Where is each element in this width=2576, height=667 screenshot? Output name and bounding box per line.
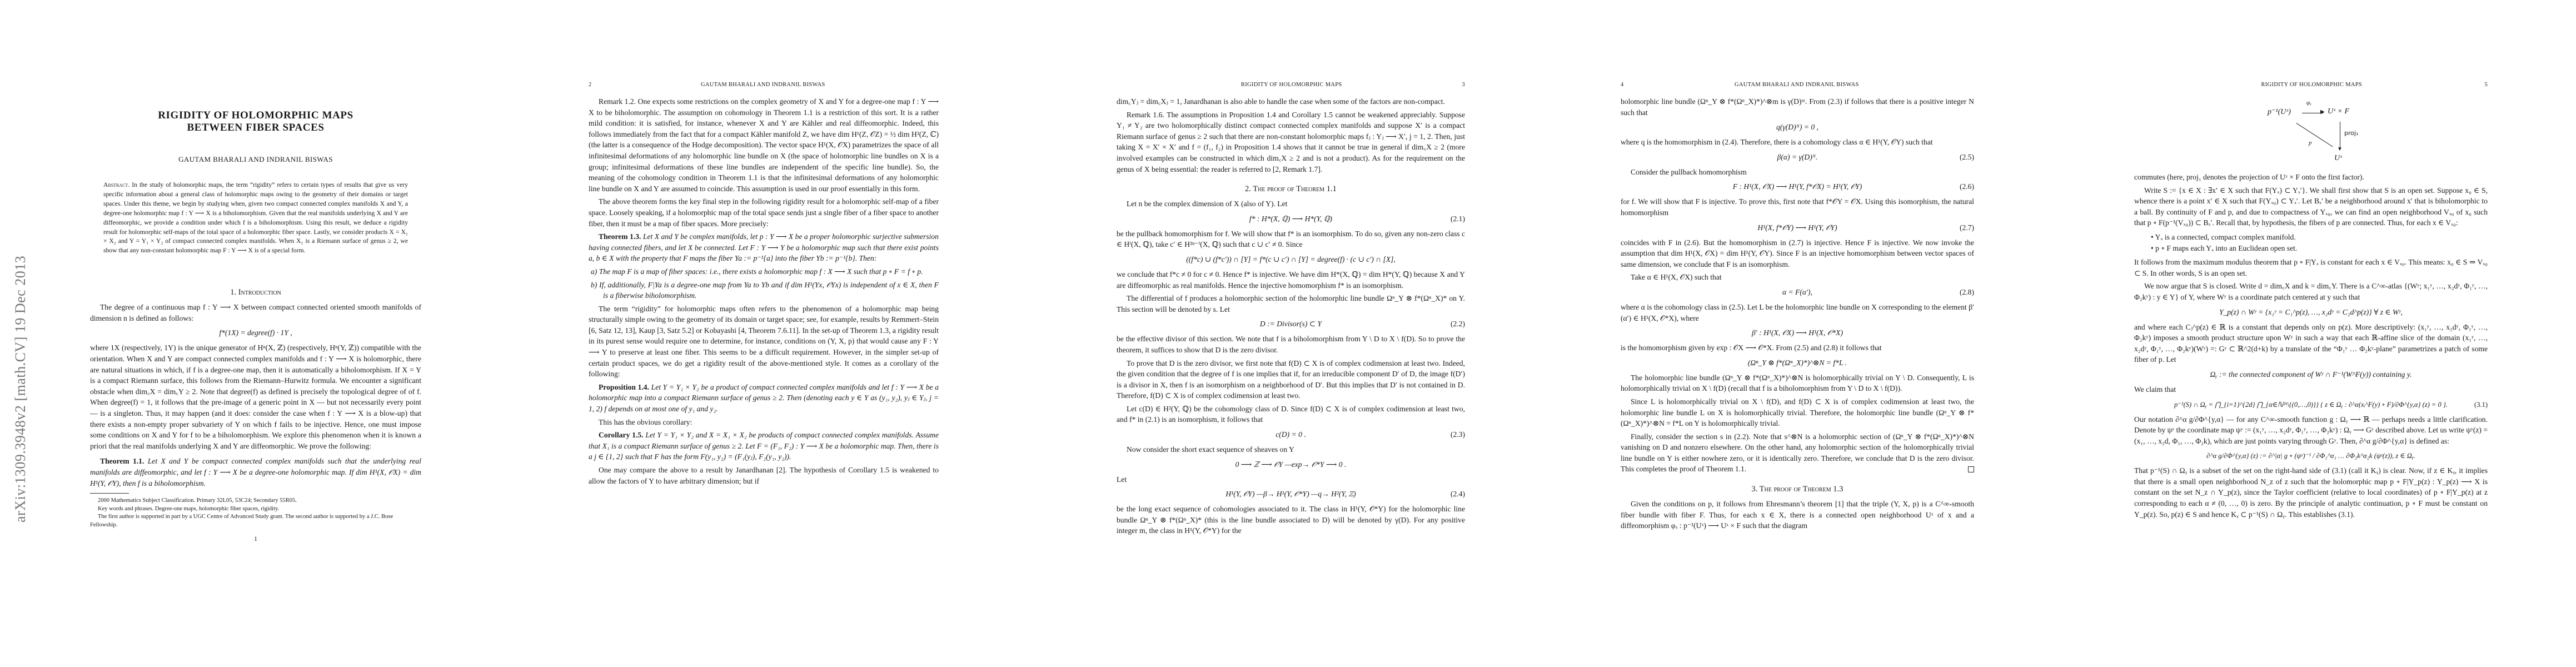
paragraph: for f. We will show that F is injective.… (1621, 196, 1974, 218)
diagram-label-proj: proj₁ (2344, 130, 2358, 137)
paragraph: The degree of a continuous map f : Y ⟶ X… (90, 302, 421, 323)
equation-number: (2.6) (1960, 181, 1974, 193)
title-line-2: BETWEEN FIBER SPACES (90, 122, 421, 134)
equation-text: α = F(α′), (1782, 286, 1812, 298)
page-5-column: p⁻¹(Uˣ) φₓ ▶ Uˣ × F ▼ proj₁ p Uˣ commute… (2134, 97, 2488, 520)
equation-2-5: β(α) = γ(D)ᴺ.(2.5) (1621, 151, 1974, 163)
paragraph: The differential of f produces a holomor… (1117, 293, 1465, 315)
equation-text: β′ : H¹(X, 𝒪X) ⟶ H¹(X, 𝒪*X) (1752, 327, 1843, 339)
paragraph: where 1X (respectively, 1Y) is the uniqu… (90, 342, 421, 451)
paragraph: We now argue that S is closed. Write d =… (2134, 281, 2488, 302)
diagram-arrow-vertical (2340, 122, 2340, 148)
authors: GAUTAM BHARALI AND INDRANIL BISWAS (90, 155, 421, 164)
section-heading-3: 3. The proof of Theorem 1.3 (1621, 485, 1974, 494)
footnote-rule (90, 493, 129, 494)
paragraph: is the homomorphism given by exp : 𝒪X ⟶ … (1621, 342, 1974, 354)
proposition-1-4: Proposition 1.4. Let Y = Y₁ × Y₂ be a pr… (589, 382, 939, 415)
equation-number: (2.3) (1451, 429, 1465, 441)
remark-1-2: Remark 1.2. One expects some restriction… (589, 96, 939, 194)
paragraph: It follows from the maximum modulus theo… (2134, 257, 2488, 278)
paragraph: This has the obvious corollary: (589, 417, 939, 428)
equation-text: (Ωⁿ_Y ⊗ f*(Ωⁿ_X)*)^⊗N = f*L . (1748, 357, 1847, 369)
equation-text: 0 ⟶ ℤ ⟶ 𝒪Y —exp→ 𝒪*Y ⟶ 0 . (1235, 459, 1347, 471)
equation-2-7: H¹(X, f*𝒪Y) ⟶ H¹(Y, 𝒪Y)(2.7) (1621, 222, 1974, 234)
equation-2-2: D := Divisor(s) ⊂ Y(2.2) (1117, 318, 1465, 330)
paragraph: where α is the cohomology class in (2.5)… (1621, 302, 1974, 323)
arrowhead-icon: ▼ (2337, 146, 2343, 152)
paragraph: We claim that (2134, 384, 2488, 395)
paragraph: and where each Cⱼ^p(z) ∈ ℝ is a constant… (2134, 322, 2488, 365)
paragraph: dim꜀Yⱼ = dim꜀Xⱼ = 1, Janardhanan is also… (1117, 96, 1465, 107)
equation-text: p⁻¹(S) ∩ Ωᵧ = ⋂_{i=1}^{2d} ⋂_{α∈ℕ²ᵏ\{(0,… (2174, 399, 2448, 411)
theorem-item-b: b) If, additionally, F|Ya is a degree-on… (589, 280, 939, 301)
equation-text: ((f*c) ∪ (f*c′)) ∩ [Y] = f*(c ∪ c′) ∩ [Y… (1186, 253, 1396, 266)
proposition-label: Proposition 1.4. (599, 383, 649, 391)
paragraph-text: Finally, consider the section s in (2.2)… (1621, 432, 1974, 474)
equation-number: (2.1) (1451, 213, 1465, 225)
theorem-text: Let X and Y be complex manifolds, let p … (589, 232, 939, 262)
paragraph: we conclude that f*c ≠ 0 for c ≠ 0. Henc… (1117, 269, 1465, 291)
title-line-1: RIGIDITY OF HOLOMORPHIC MAPS (90, 109, 421, 122)
footnote: 2000 Mathematics Subject Classification.… (90, 497, 421, 505)
diagram-arrow-diagonal (2296, 123, 2333, 147)
abstract: Abstract. In the study of holomorphic ma… (103, 181, 408, 256)
equation-text: F : H¹(X, 𝒪X) ⟶ H¹(Y, f*𝒪X) = H¹(Y, 𝒪Y) (1733, 181, 1862, 193)
paragraph: be the effective divisor of this section… (1117, 333, 1465, 355)
equation-2-1: f* : H*(X, ℚ) ⟶ H*(Y, ℚ)(2.1) (1117, 213, 1465, 225)
theorem-label: Theorem 1.3. (599, 232, 641, 241)
paragraph: commutes (here, proj₁ denotes the projec… (2134, 172, 2488, 183)
list-item: • Yₓ is a connected, compact complex man… (2151, 232, 2488, 243)
page-2-column: Remark 1.2. One expects some restriction… (589, 96, 939, 486)
paragraph: where q is the homomorphism in (2.4). Th… (1621, 137, 1974, 148)
paper-title: RIGIDITY OF HOLOMORPHIC MAPS BETWEEN FIB… (90, 109, 421, 134)
paragraph: holomorphic line bundle (Ωⁿ_Y ⊗ f*(Ωⁿ_X)… (1621, 96, 1974, 118)
page-4: 4 GAUTAM BHARALI AND INDRANIL BISWAS hol… (1546, 0, 2061, 667)
paragraph: be the pullback homomorphism for f. We w… (1117, 228, 1465, 250)
diagram-node-top-left: p⁻¹(Uˣ) (2268, 107, 2291, 117)
page-4-column: holomorphic line bundle (Ωⁿ_Y ⊗ f*(Ωⁿ_X)… (1621, 96, 1974, 531)
paragraph: Let c(D) ∈ H²(Y, ℚ) be the cohomology cl… (1117, 404, 1465, 425)
equation-number: (2.5) (1960, 151, 1974, 163)
running-head: 4 GAUTAM BHARALI AND INDRANIL BISWAS (1621, 82, 1974, 88)
paragraph: The term “rigidity” for holomorphic maps… (589, 303, 939, 380)
equation-number: (2.2) (1451, 318, 1465, 330)
equation-text: ∂^α g/∂Φ^{y,α} (z) := ∂^|α| g ∘ (ψʸ)⁻¹ /… (2206, 450, 2415, 462)
page-1-column: RIGIDITY OF HOLOMORPHIC MAPS BETWEEN FIB… (90, 109, 421, 543)
equation-2-8: α = F(α′),(2.8) (1621, 286, 1974, 298)
equation-omega: Ωᵧ := the connected component of Wʸ ∩ F⁻… (2134, 369, 2488, 381)
diagram-node-bottom: Uˣ (2334, 154, 2342, 163)
running-head-text: RIGIDITY OF HOLOMORPHIC MAPS (2139, 82, 2484, 88)
equation-text: q(γ(D)ᴺ) = 0 , (1776, 121, 1818, 133)
paragraph: To prove that D is the zero divisor, we … (1117, 358, 1465, 401)
equation-line-bundle: (Ωⁿ_Y ⊗ f*(Ωⁿ_X)*)^⊗N = f*L . (1621, 357, 1974, 369)
equation-degree: f*(1X) = degree(f) · 1Y , (90, 327, 421, 339)
equation-text: H¹(X, f*𝒪Y) ⟶ H¹(Y, 𝒪Y) (1757, 222, 1837, 234)
page-3-column: dim꜀Yⱼ = dim꜀Xⱼ = 1, Janardhanan is also… (1117, 96, 1465, 536)
equation-number: (2.4) (1451, 488, 1465, 500)
equation-number: (2.8) (1960, 286, 1974, 298)
corollary-label: Corollary 1.5. (599, 431, 644, 439)
equation-2-3: c(D) = 0 .(2.3) (1117, 429, 1465, 441)
footnote: Key words and phrases. Degree-one maps, … (90, 505, 421, 514)
page-2: 2 GAUTAM BHARALI AND INDRANIL BISWAS Rem… (515, 0, 1030, 667)
equation-2-4: H¹(Y, 𝒪Y) —β→ H¹(Y, 𝒪*Y) —q→ H²(Y, ℤ)(2.… (1117, 488, 1465, 500)
running-head-text: GAUTAM BHARALI AND INDRANIL BISWAS (1624, 82, 1970, 88)
equation-exact-sequence: 0 ⟶ ℤ ⟶ 𝒪Y —exp→ 𝒪*Y ⟶ 0 . (1117, 459, 1465, 471)
page-number: 5 (2484, 82, 2488, 88)
equation-text: Ωᵧ := the connected component of Wʸ ∩ F⁻… (2210, 369, 2411, 381)
theorem-label: Theorem 1.1. (100, 457, 144, 465)
paragraph: Let n be the complex dimension of X (als… (1117, 198, 1465, 210)
paragraph: coincides with F in (2.6). But the homom… (1621, 237, 1974, 270)
paragraph: Finally, consider the section s in (2.2)… (1621, 431, 1974, 475)
paragraph: Write S := {x ∈ X : ∃x′ ∈ X such that F(… (2134, 185, 2488, 228)
list-item: • p ∘ F maps each Yₓ into an Euclidean o… (2151, 243, 2488, 254)
commutative-diagram: p⁻¹(Uˣ) φₓ ▶ Uˣ × F ▼ proj₁ p Uˣ (2134, 103, 2488, 170)
paragraph: Since L is holomorphically trivial on X … (1621, 396, 1974, 429)
abstract-text: In the study of holomorphic maps, the te… (103, 181, 408, 254)
list-item-text: Yₓ is a connected, compact complex manif… (2155, 233, 2296, 241)
equation-q: q(γ(D)ᴺ) = 0 , (1621, 121, 1974, 133)
equation-beta-prime: β′ : H¹(X, 𝒪X) ⟶ H¹(X, 𝒪*X) (1621, 327, 1974, 339)
equation-text: f* : H*(X, ℚ) ⟶ H*(Y, ℚ) (1249, 213, 1332, 225)
paragraph: Consider the pullback homomorphism (1621, 167, 1974, 178)
arrowhead-icon: ▶ (2320, 109, 2325, 115)
equation-text: c(D) = 0 . (1275, 429, 1306, 441)
paragraph: Our notation ∂^α g/∂Φ^{y,α} — for any C^… (2134, 414, 2488, 447)
equation-number: (3.1) (2474, 399, 2488, 411)
equation-text: D := Divisor(s) ⊂ Y (1260, 318, 1322, 330)
paragraph: be the long exact sequence of cohomologi… (1117, 504, 1465, 536)
equation-text: β(α) = γ(D)ᴺ. (1777, 151, 1818, 163)
footnote: The first author is supported in part by… (90, 513, 421, 529)
paragraph: Take α ∈ H¹(X, 𝒪X) such that (1621, 272, 1974, 283)
paragraph: Let (1117, 474, 1465, 485)
diagram-label-p: p (2309, 140, 2312, 146)
theorem-1-1: Theorem 1.1. Let X and Y be compact conn… (90, 456, 421, 489)
equation-2-6: F : H¹(X, 𝒪X) ⟶ H¹(Y, f*𝒪X) = H¹(Y, 𝒪Y)(… (1621, 181, 1974, 193)
page-5: RIGIDITY OF HOLOMORPHIC MAPS 5 p⁻¹(Uˣ) φ… (2061, 0, 2576, 667)
equation-3-1: p⁻¹(S) ∩ Ωᵧ = ⋂_{i=1}^{2d} ⋂_{α∈ℕ²ᵏ\{(0,… (2134, 399, 2488, 411)
arxiv-stamp: arXiv:1309.3948v2 [math.CV] 19 Dec 2013 (12, 256, 29, 522)
paragraph: Now consider the short exact sequence of… (1117, 444, 1465, 455)
page-3: RIGIDITY OF HOLOMORPHIC MAPS 3 dim꜀Yⱼ = … (1030, 0, 1546, 667)
paragraph: That p⁻¹(S) ∩ Ωᵧ is a subset of the set … (2134, 465, 2488, 520)
equation-text: H¹(Y, 𝒪Y) —β→ H¹(Y, 𝒪*Y) —q→ H²(Y, ℤ) (1225, 488, 1356, 500)
running-head-text: RIGIDITY OF HOLOMORPHIC MAPS (1121, 82, 1462, 88)
remark-1-6: Remark 1.6. The assumptions in Propositi… (1117, 109, 1465, 175)
page-1: arXiv:1309.3948v2 [math.CV] 19 Dec 2013 … (0, 0, 515, 667)
paragraph: The above theorem forms the key final st… (589, 196, 939, 229)
diagram-node-top-right: Uˣ × F (2328, 107, 2349, 116)
bullet-list: • Yₓ is a connected, compact complex man… (2151, 232, 2488, 253)
running-head: RIGIDITY OF HOLOMORPHIC MAPS 5 (2134, 82, 2488, 88)
equation-fiber-slice: Y_p(z) ∩ Wʸ = {x₁ʸ = C₁^p(z), …, x₂dʸ = … (2134, 306, 2488, 318)
running-head-text: GAUTAM BHARALI AND INDRANIL BISWAS (592, 82, 934, 88)
running-head: 2 GAUTAM BHARALI AND INDRANIL BISWAS (589, 82, 939, 88)
equation-cup: ((f*c) ∪ (f*c′)) ∩ [Y] = f*(c ∪ c′) ∩ [Y… (1117, 253, 1465, 266)
equation-text: f*(1X) = degree(f) · 1Y , (219, 327, 292, 339)
list-item-text: p ∘ F maps each Yₓ into an Euclidean ope… (2155, 244, 2297, 252)
section-heading-2: 2. The proof of Theorem 1.1 (1117, 185, 1465, 194)
theorem-item-a: a) The map F is a map of fiber spaces: i… (589, 266, 939, 277)
equation-text: Y_p(z) ∩ Wʸ = {x₁ʸ = C₁^p(z), …, x₂dʸ = … (2219, 306, 2403, 318)
paragraph: One may compare the above to a result by… (589, 465, 939, 486)
qed-icon (1968, 466, 1974, 472)
abstract-label: Abstract. (103, 181, 129, 188)
page-number: 1 (90, 535, 421, 543)
equation-number: (2.7) (1960, 222, 1974, 234)
paragraph: Given the conditions on p, it follows fr… (1621, 499, 1974, 531)
corollary-1-5: Corollary 1.5. Let Y = Y₁ × Y₂ and X = X… (589, 430, 939, 462)
equation-derivative-def: ∂^α g/∂Φ^{y,α} (z) := ∂^|α| g ∘ (ψʸ)⁻¹ /… (2134, 450, 2488, 462)
diagram-label-phi: φₓ (2306, 99, 2311, 106)
running-head: RIGIDITY OF HOLOMORPHIC MAPS 3 (1117, 82, 1465, 88)
section-heading-introduction: 1. Introduction (90, 288, 421, 297)
page-number: 3 (1462, 82, 1465, 88)
theorem-1-3: Theorem 1.3. Let X and Y be complex mani… (589, 231, 939, 264)
paragraph: The holomorphic line bundle (Ωⁿ_Y ⊗ f*(Ω… (1621, 372, 1974, 394)
